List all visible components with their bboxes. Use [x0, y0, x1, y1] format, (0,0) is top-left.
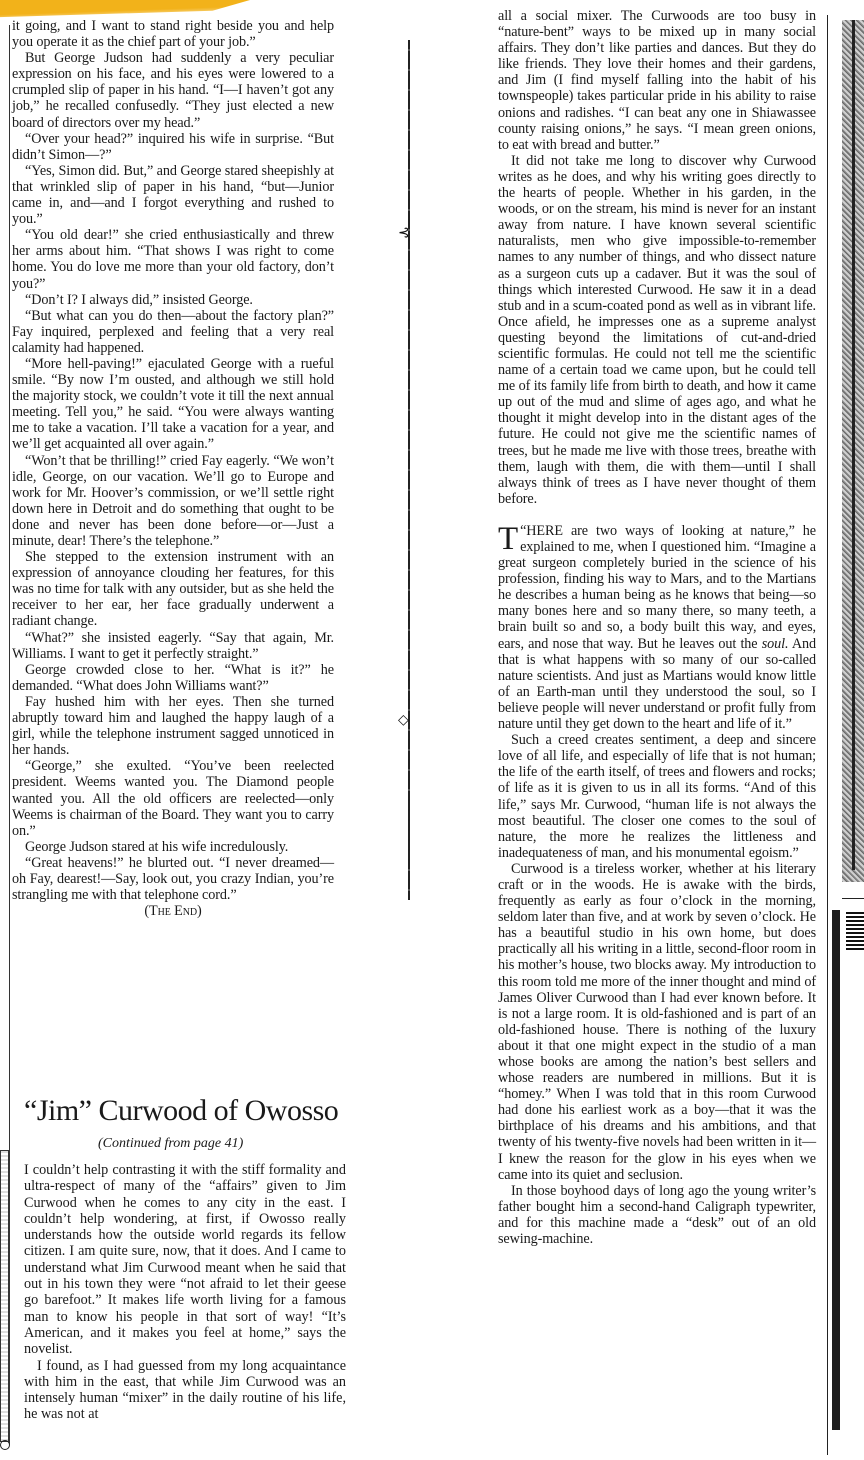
paragraph: Such a creed creates sentiment, a deep a… — [498, 732, 816, 861]
emphasis-soul: soul. — [762, 636, 789, 652]
adjacent-page-fragment — [0, 1030, 6, 1150]
paragraph: I found, as I had guessed from my long a… — [24, 1358, 346, 1423]
paragraph: “Great heavens!” he blurted out. “I neve… — [12, 855, 334, 903]
divider-ornament: ⊰ — [398, 225, 410, 242]
ornament-ring — [0, 1440, 10, 1450]
paragraph: it going, and I want to stand right besi… — [12, 18, 334, 50]
divider-ornament: ◇ — [398, 712, 409, 729]
left-column-rule — [9, 25, 10, 1445]
paragraph: I couldn’t help contrasting it with the … — [24, 1162, 346, 1358]
paragraph: “Yes, Simon did. But,” and George stared… — [12, 163, 334, 227]
paragraph: George crowded close to her. “What is it… — [12, 662, 334, 694]
story-conclusion-column: it going, and I want to stand right besi… — [12, 18, 334, 919]
paragraph: In those boyhood days of long ago the yo… — [498, 1183, 816, 1247]
continued-note: (Continued from page 41) — [98, 1136, 243, 1152]
article-column-left: I couldn’t help contrasting it with the … — [24, 1162, 346, 1423]
paragraph: Curwood is a tireless worker, whether at… — [498, 861, 816, 1183]
paragraph: all a social mixer. The Curwoods are too… — [498, 8, 816, 153]
article-column-right: all a social mixer. The Curwoods are too… — [498, 8, 816, 1247]
dropcap-paragraph: “THERE are two ways of looking at nature… — [498, 523, 816, 732]
dropcap-letter: T — [498, 525, 518, 553]
accent-band — [0, 0, 250, 18]
paragraph: “But what can you do then—about the fact… — [12, 308, 334, 356]
paragraph: “Won’t that be thrilling!” cried Fay eag… — [12, 453, 334, 550]
column-divider-lower — [408, 795, 410, 857]
right-column-rule — [827, 15, 828, 1455]
adjacent-page-halftone-image — [842, 20, 864, 882]
article-title: “Jim” Curwood of Owosso — [24, 1094, 354, 1128]
paragraph: “More hell-paving!” ejaculated George wi… — [12, 356, 334, 453]
adjacent-page-border-ornament — [0, 1150, 9, 1442]
paragraph: “What?” she insisted eagerly. “Say that … — [12, 630, 334, 662]
adjacent-page-grid-ornament — [846, 910, 864, 950]
the-end-marker: (The End) — [12, 903, 334, 919]
paragraph: But George Judson had suddenly a very pe… — [12, 50, 334, 130]
paragraph: “George,” she exulted. “You’ve been reel… — [12, 758, 334, 838]
adjacent-page-dark-border — [832, 910, 840, 1430]
paragraph: It did not take me long to discover why … — [498, 153, 816, 507]
dropcap-text: HERE are two ways of looking at nature,”… — [498, 523, 816, 652]
paragraph: “Don’t I? I always did,” insisted George… — [12, 292, 334, 308]
paragraph: George Judson stared at his wife incredu… — [12, 839, 334, 855]
paragraph: “Over your head?” inquired his wife in s… — [12, 131, 334, 163]
paragraph: She stepped to the extension instrument … — [12, 549, 334, 629]
adjacent-page-rule — [842, 898, 864, 899]
column-divider — [408, 40, 410, 900]
paragraph: “You old dear!” she cried enthusiastical… — [12, 227, 334, 291]
paragraph: Fay hushed him with her eyes. Then she t… — [12, 694, 334, 758]
